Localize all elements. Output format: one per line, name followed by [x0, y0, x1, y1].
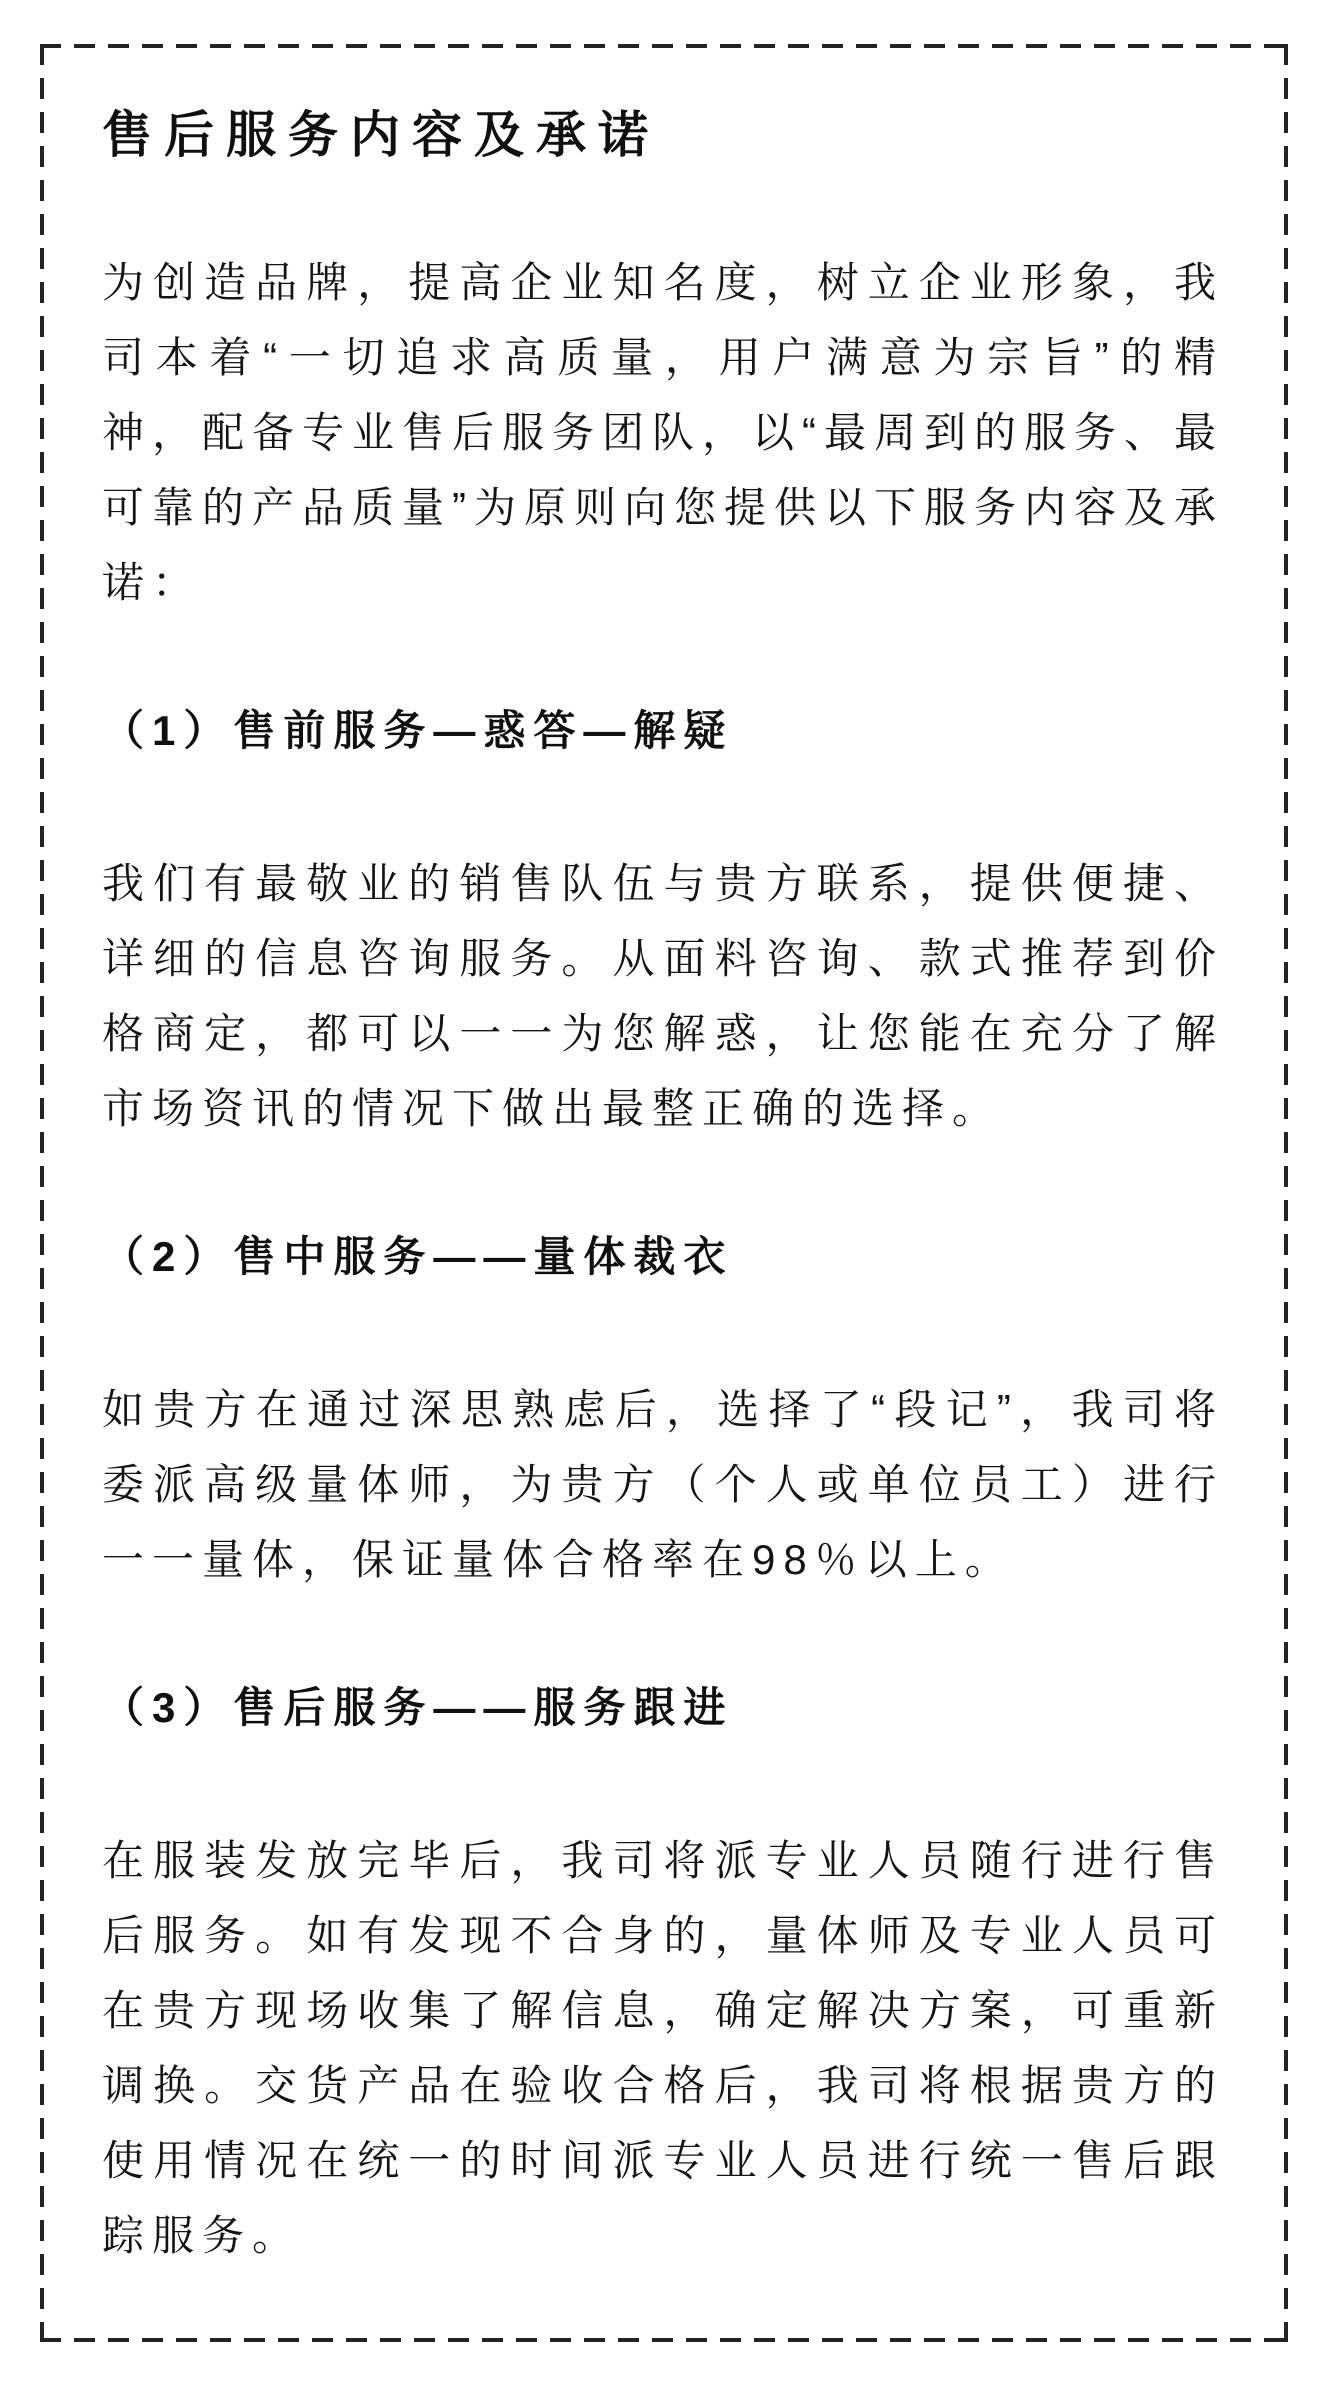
- section-1-body: 我们有最敬业的销售队伍与贵方联系，提供便捷、详细的信息咨询服务。从面料咨询、款式…: [102, 846, 1224, 1146]
- page-title: 售后服务内容及承诺: [102, 110, 1224, 160]
- intro-paragraph: 为创造品牌，提高企业知名度，树立企业形象，我司本着“一切追求高质量，用户满意为宗…: [102, 245, 1224, 620]
- section-2-body: 如贵方在通过深思熟虑后，选择了“段记”，我司将委派高级量体师，为贵方（个人或单位…: [102, 1372, 1224, 1597]
- section-3-body: 在服装发放完毕后，我司将派专业人员随行进行售后服务。如有发现不合身的，量体师及专…: [102, 1823, 1224, 2273]
- section-1-heading: （1）售前服务—惑答—解疑: [102, 693, 1224, 768]
- document-page: 售后服务内容及承诺 为创造品牌，提高企业知名度，树立企业形象，我司本着“一切追求…: [40, 44, 1288, 2342]
- section-3-heading: （3）售后服务——服务跟进: [102, 1670, 1224, 1745]
- section-2-heading: （2）售中服务——量体裁衣: [102, 1219, 1224, 1294]
